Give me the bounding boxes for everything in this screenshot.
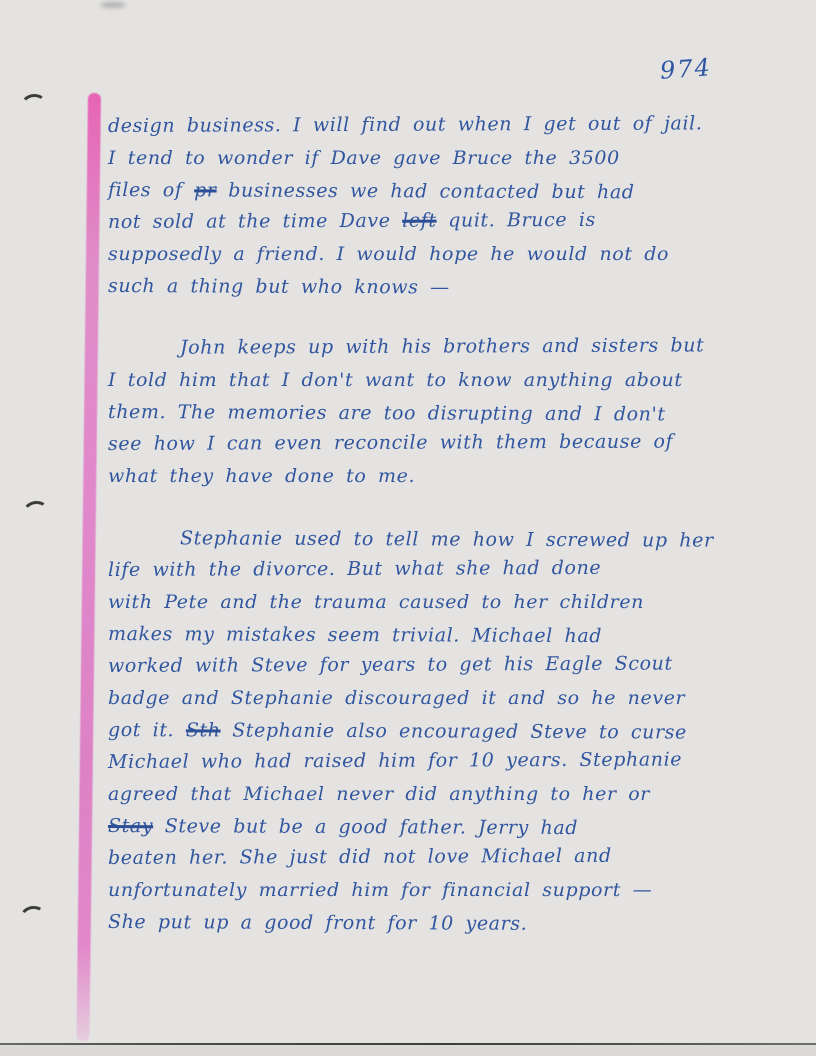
page-number: 974 [659,53,713,85]
struck-word: left [402,210,436,232]
struck-word: Sth [186,719,221,741]
handwritten-line: badge and Stephanie discouraged it and s… [108,682,748,714]
highlighter-stripe [76,93,101,1041]
handwritten-line: I tend to wonder if Dave gave Bruce the … [108,142,748,174]
handwritten-paragraph-1: design business. I will find out when I … [108,110,748,302]
handwritten-paragraph-3: Stephanie used to tell me how I screwed … [108,522,748,938]
handwritten-line: life with the divorce. But what she had … [108,551,748,586]
hole-punch-mark-middle [22,499,51,524]
handwritten-line: what they have done to me. [108,460,748,492]
handwritten-line: see how I can even reconcile with them b… [108,425,748,460]
handwritten-line: worked with Steve for years to get his E… [108,647,748,682]
handwritten-line: She put up a good front for 10 years. [108,906,748,941]
handwritten-line: such a thing but who knows — [108,270,748,305]
scan-smudge [100,2,126,8]
handwritten-line: I told him that I don't want to know any… [108,364,748,396]
handwritten-line: agreed that Michael never did anything t… [108,778,748,810]
scanned-handwritten-page: 974 design business. I will find out whe… [0,0,816,1056]
hole-punch-mark-bottom [18,904,47,930]
struck-word: pr [194,179,217,201]
handwritten-paragraph-2: John keeps up with his brothers and sist… [108,332,748,492]
handwritten-line: supposedly a friend. I would hope he wou… [108,238,748,270]
scan-bottom-band [0,1045,816,1056]
handwritten-line: beaten her. She just did not love Michae… [108,839,748,874]
handwriting-block: design business. I will find out when I … [108,110,748,968]
hole-punch-mark-top [20,93,48,118]
handwritten-line: unfortunately married him for financial … [108,874,748,906]
handwritten-line: not sold at the time Dave left quit. Bru… [108,203,748,238]
handwritten-line: Michael who had raised him for 10 years.… [108,743,748,778]
handwritten-line: with Pete and the trauma caused to her c… [108,586,748,618]
struck-word: Stay [108,815,153,837]
handwritten-line: design business. I will find out when I … [108,107,748,142]
handwritten-line: John keeps up with his brothers and sist… [108,329,748,364]
